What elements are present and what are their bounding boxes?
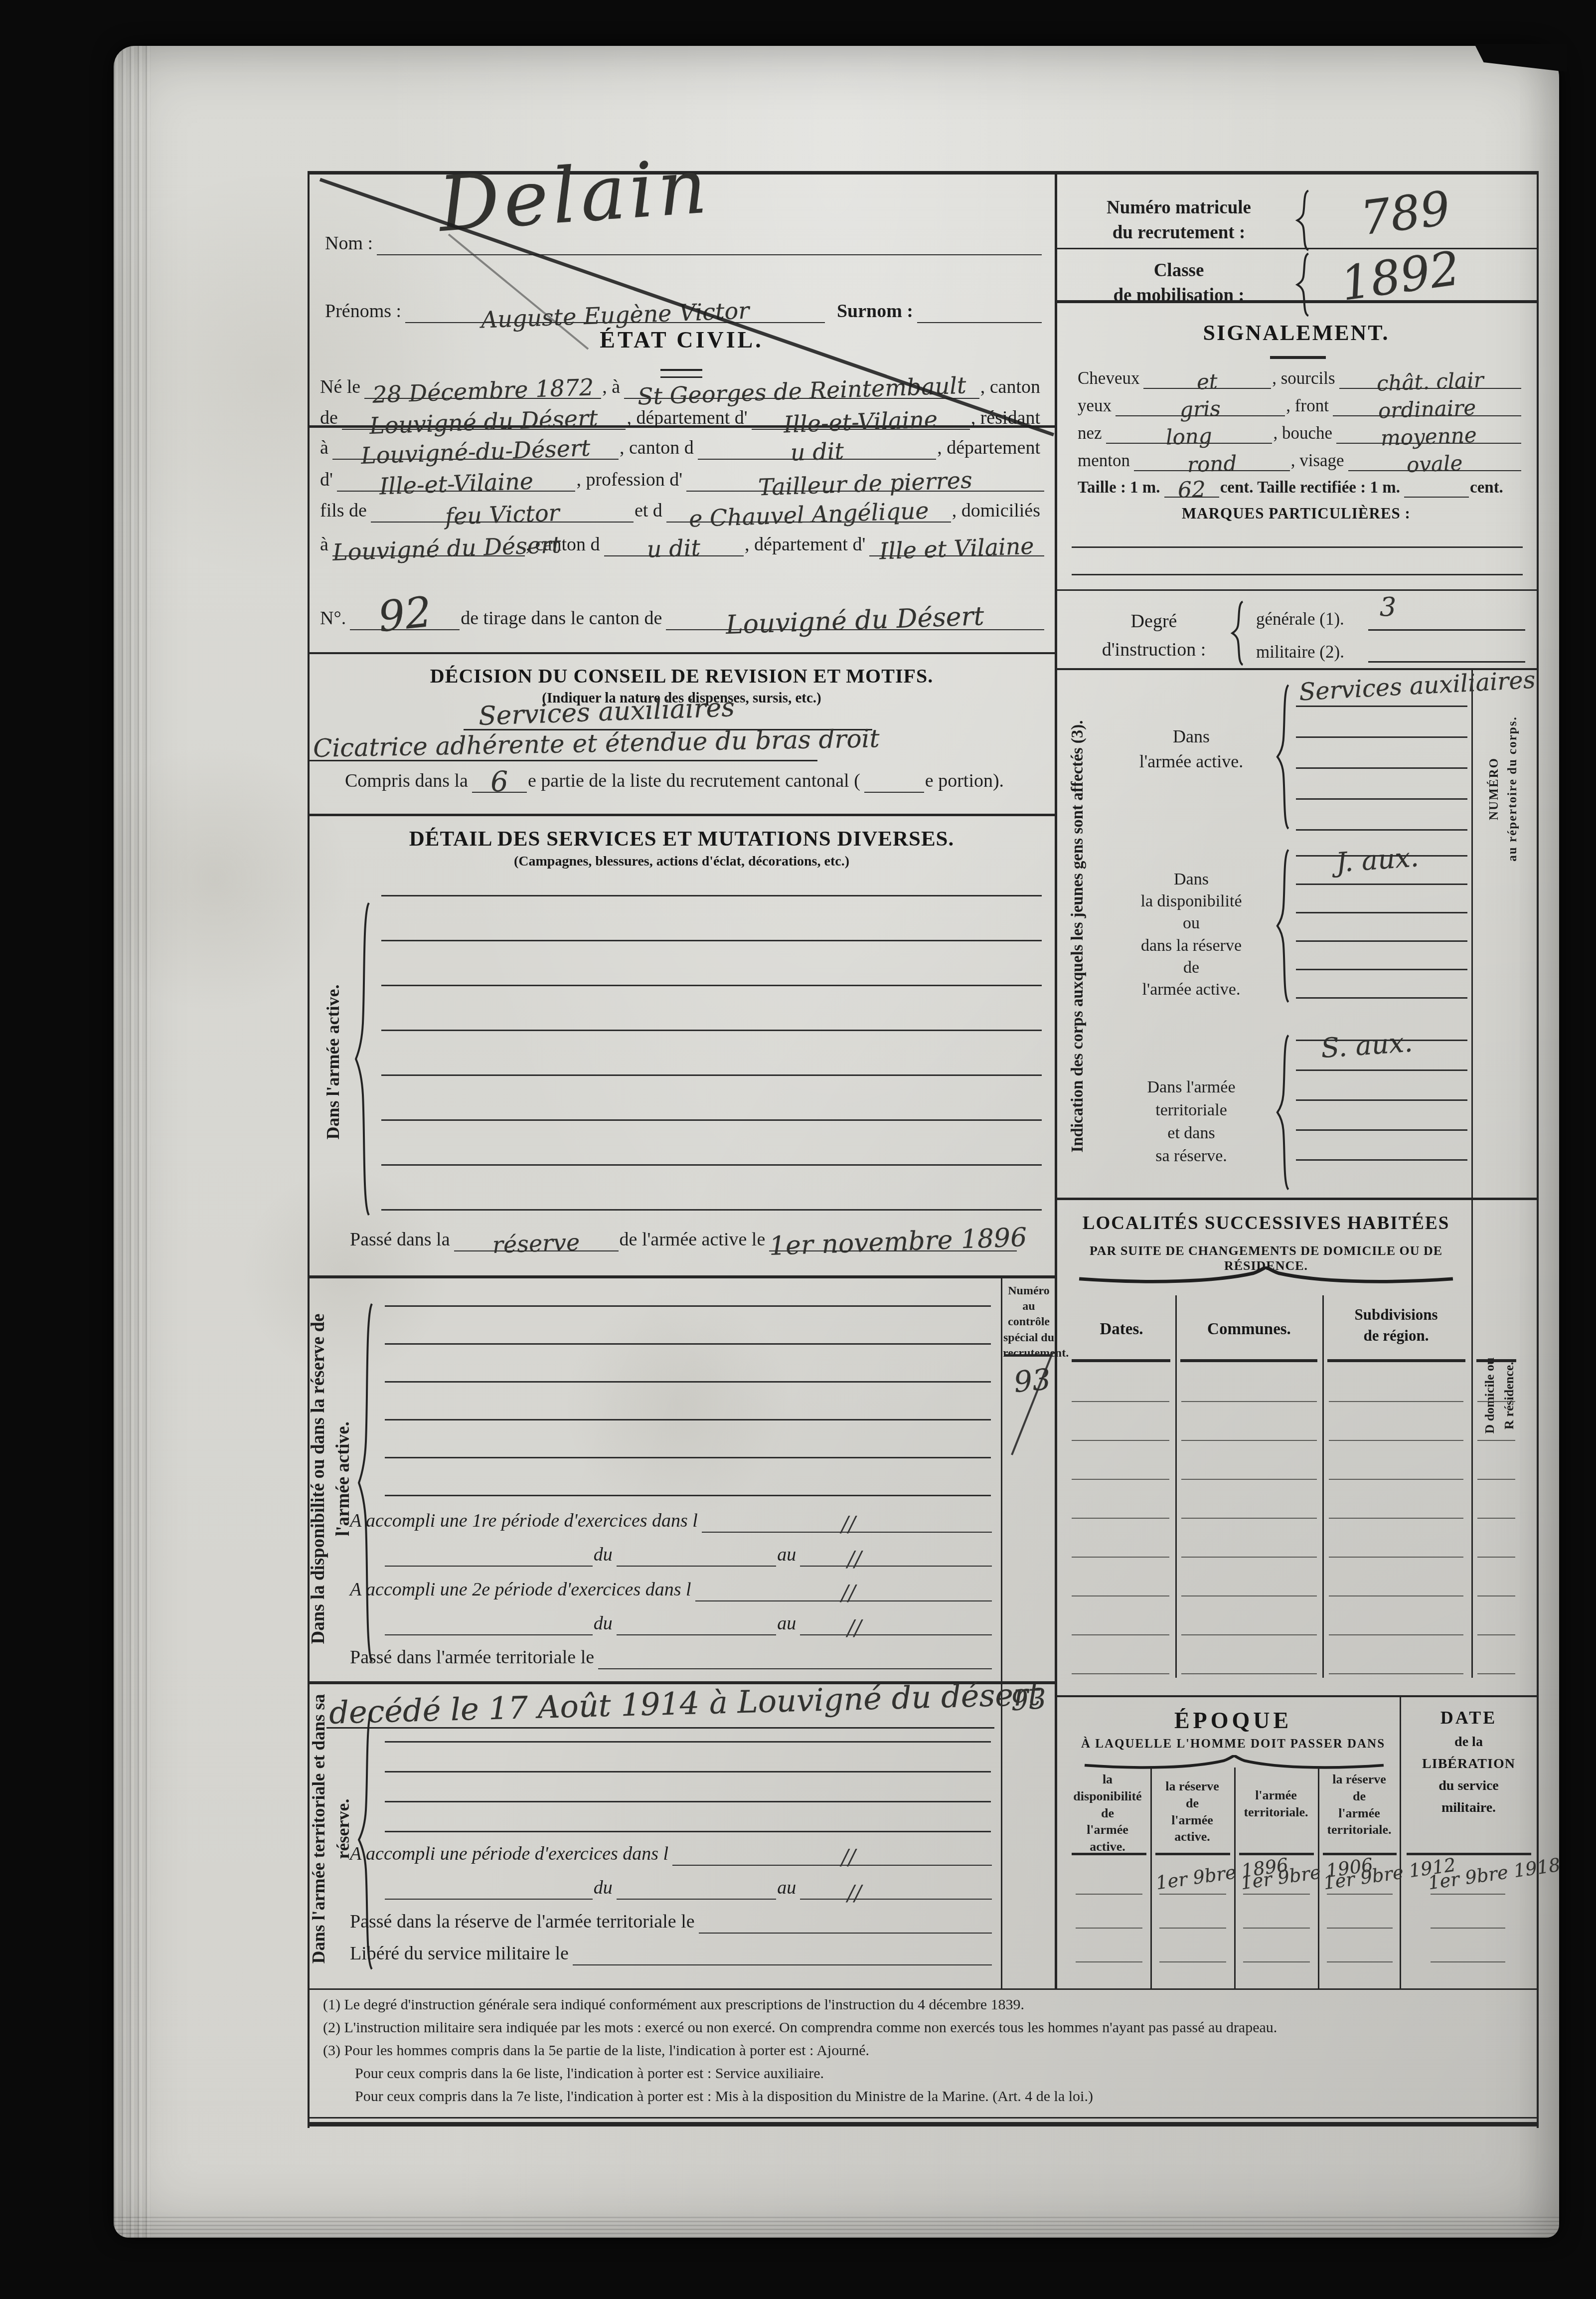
degre-generale-value: 3 bbox=[1380, 594, 1396, 620]
epoque-row-lines-c5 bbox=[1431, 1894, 1505, 1963]
au-label: au bbox=[776, 1878, 800, 1900]
libere-label: Libéré du service militaire le bbox=[349, 1944, 573, 1965]
du-label: du bbox=[593, 1545, 617, 1567]
corps-g3-brace bbox=[1274, 1032, 1291, 1193]
periode-terr-au-field bbox=[800, 1899, 992, 1900]
localites-rows-dates bbox=[1072, 1401, 1169, 1675]
libere-row: Libéré du service militaire le bbox=[349, 1935, 992, 1965]
localites-swash bbox=[1077, 1266, 1455, 1283]
localites-header-rule-2 bbox=[1180, 1359, 1317, 1362]
field-label: , département d' bbox=[744, 534, 869, 556]
periode1-du-field bbox=[617, 1566, 777, 1567]
rule-signalement-bottom bbox=[1056, 589, 1537, 591]
sig-row-cheveux: Cheveux et , sourcils chât. clair bbox=[1077, 360, 1521, 389]
epoque-header-rule-2 bbox=[1155, 1853, 1230, 1855]
field-label: de bbox=[319, 408, 342, 430]
passe-a: Passé dans la bbox=[349, 1230, 454, 1251]
birth-date-field: 28 Décembre 1872 bbox=[364, 375, 601, 399]
passe-territoriale-field bbox=[598, 1668, 992, 1669]
epoque-subtitle: À LAQUELLE L'HOMME DOIT PASSER DANS bbox=[1067, 1737, 1400, 1751]
cent-label: cent. bbox=[1469, 479, 1507, 498]
nom-field bbox=[377, 254, 1042, 255]
field-label: , département bbox=[936, 438, 1044, 460]
detail-blank-lines bbox=[381, 895, 1042, 1214]
disponibilite-side-label: Dans la disponibilité ou dans la réserve… bbox=[304, 1294, 358, 1663]
ditto-mark: // bbox=[847, 1615, 861, 1640]
periode2-dates-row: du au bbox=[385, 1603, 992, 1635]
field-label: à bbox=[319, 438, 332, 460]
visage-field: ovale bbox=[1348, 449, 1521, 471]
au-label: au bbox=[776, 1613, 800, 1635]
rule-decision-bottom bbox=[308, 814, 1056, 816]
localites-rows-subdivisions bbox=[1329, 1401, 1463, 1675]
residence-canton-field: u dit bbox=[698, 436, 936, 460]
field-label: , profession d' bbox=[575, 470, 686, 492]
footnote-3: (3) Pour les hommes compris dans la 5e p… bbox=[323, 2042, 869, 2059]
menton-field: rond bbox=[1134, 449, 1290, 471]
passe-date-field: 1er novembre 1896 bbox=[769, 1225, 1017, 1251]
compris-partie-value: 6 bbox=[490, 768, 509, 796]
etat-row-parents: fils de feu Victor et d e Chauvel Angéli… bbox=[319, 491, 1044, 523]
epoque-row-lines-c4 bbox=[1327, 1894, 1393, 1963]
ditto-mark: // bbox=[847, 1547, 861, 1571]
epoque-header-rule-3 bbox=[1239, 1853, 1314, 1855]
epoque-date-l2: de la bbox=[1401, 1734, 1537, 1750]
deces-note-line bbox=[326, 1727, 994, 1729]
armee-active-brace bbox=[352, 896, 372, 1222]
domicile-canton-value: u dit bbox=[647, 536, 701, 561]
detail-title: DÉTAIL DES SERVICES ET MUTATIONS DIVERSE… bbox=[308, 827, 1056, 851]
surnom-field bbox=[917, 322, 1042, 323]
taille-label: Taille : 1 m. bbox=[1077, 479, 1164, 498]
detail-subtitle: (Campagnes, blessures, actions d'éclat, … bbox=[308, 854, 1056, 870]
taille-value: 62 bbox=[1177, 479, 1206, 502]
surnom-label: Surnom : bbox=[825, 301, 917, 323]
periode1-dates-row: du au bbox=[385, 1535, 992, 1567]
corps-g2-brace bbox=[1274, 847, 1291, 1005]
periode2-label: A accompli une 2e période d'exercices da… bbox=[349, 1580, 695, 1601]
sig-row-yeux: yeux gris , front ordinaire bbox=[1077, 387, 1521, 416]
armee-active-side-label: Dans l'armée active. bbox=[320, 937, 345, 1187]
divider-center bbox=[1055, 171, 1057, 1988]
field-label: , domiciliés bbox=[951, 501, 1044, 523]
etat-civil-title: ÉTAT CIVIL. bbox=[308, 327, 1056, 353]
nez-label: nez bbox=[1077, 424, 1106, 444]
rule-footnotes-top bbox=[308, 1988, 1539, 1990]
localites-col-subdivisions: Subdivisions de région. bbox=[1329, 1304, 1463, 1346]
ditto-mark: // bbox=[841, 1845, 855, 1869]
periode2-au-field bbox=[800, 1634, 992, 1635]
localites-divider-2 bbox=[1322, 1295, 1324, 1678]
au-label: au bbox=[776, 1545, 800, 1567]
field-label: d' bbox=[319, 470, 337, 492]
tirage-row: N°. 92 de tirage dans le canton de Louvi… bbox=[319, 589, 1044, 630]
marques-blank-lines bbox=[1072, 546, 1523, 576]
epoque-row-lines-c1 bbox=[1076, 1894, 1142, 1963]
passe-b: de l'armée active le bbox=[619, 1230, 770, 1251]
corps-g1-lines bbox=[1296, 706, 1467, 830]
periode-terr-du-field bbox=[617, 1899, 777, 1900]
localites-header-rule-1 bbox=[1072, 1359, 1170, 1362]
tirage-no-label: N°. bbox=[319, 608, 350, 630]
prenoms-row: Prénoms : Auguste Eugène Victor Surnom : bbox=[324, 291, 1042, 323]
compris-c: e portion). bbox=[924, 771, 1008, 793]
passe-reserve-terr-row: Passé dans la réserve de l'armée territo… bbox=[349, 1903, 992, 1934]
footnote-1: (1) Le degré d'instruction générale sera… bbox=[323, 1996, 1024, 2013]
localites-header-rule-3 bbox=[1327, 1359, 1465, 1362]
nom-value: Delain bbox=[436, 148, 713, 243]
degre-militaire-label: militaire (2). bbox=[1256, 642, 1344, 662]
ditto-mark: // bbox=[847, 1881, 861, 1905]
du-label: du bbox=[593, 1878, 617, 1900]
epoque-divider-1 bbox=[1150, 1768, 1152, 1988]
bouche-label: , bouche bbox=[1272, 424, 1336, 444]
etat-row-domicile: à Louvigné du Désert , canton d u dit , … bbox=[319, 525, 1044, 556]
visage-label: , visage bbox=[1290, 451, 1348, 472]
epoque-header-rule-4 bbox=[1323, 1853, 1397, 1855]
etat-row-residence: à Louvigné-du-Désert , canton d u dit , … bbox=[319, 428, 1044, 460]
rule-detail-bottom bbox=[308, 1275, 1056, 1278]
divider-controle bbox=[1001, 1275, 1002, 1988]
ditto-mark: // bbox=[841, 1581, 855, 1605]
compris-b: e partie de la liste du recrutement cant… bbox=[527, 771, 864, 793]
epoque-date-l3: LIBÉRATION bbox=[1401, 1756, 1537, 1772]
rule-bottom-thick bbox=[308, 2122, 1539, 2126]
periode-terr-dates-row: du au bbox=[385, 1869, 992, 1900]
periode-terr-corps-field bbox=[385, 1899, 593, 1900]
taille-rect-field bbox=[1404, 497, 1469, 498]
epoque-title: ÉPOQUE bbox=[1067, 1707, 1400, 1734]
rule-classe bbox=[1056, 300, 1537, 303]
degre-label: Degré d'instruction : bbox=[1082, 607, 1226, 664]
field-label: fils de bbox=[319, 501, 371, 523]
epoque-row-lines-c2 bbox=[1159, 1894, 1226, 1963]
localites-title: LOCALITÉS SUCCESSIVES HABITÉES bbox=[1062, 1213, 1470, 1234]
periode-terr-label: A accompli une période d'exercices dans … bbox=[349, 1844, 672, 1866]
epoque-date-l1: DATE bbox=[1401, 1707, 1537, 1728]
birth-place-field: St Georges de Reintembault bbox=[624, 375, 979, 399]
register-scan: Nom : Delain Prénoms : Auguste Eugène Vi… bbox=[0, 0, 1596, 2299]
sig-row-taille: Taille : 1 m. 62 cent. Taille rectifiée … bbox=[1077, 469, 1521, 498]
matricule-value: 789 bbox=[1358, 185, 1453, 242]
localites-divider-1 bbox=[1175, 1295, 1177, 1678]
sig-row-menton: menton rond , visage ovale bbox=[1077, 442, 1521, 471]
footnote-2: (2) L'instruction militaire sera indiqué… bbox=[323, 2019, 1277, 2036]
pere-field: feu Victor bbox=[371, 499, 634, 523]
controle-header: Numéro au contrôle spécial du recrutemen… bbox=[1003, 1283, 1055, 1361]
front-field: ordinaire bbox=[1333, 394, 1521, 416]
compris-row: Compris dans la 6 e partie de la liste d… bbox=[344, 760, 1012, 793]
periode-terr-field bbox=[672, 1865, 992, 1866]
etat-row-profession: d' Ille-et-Vilaine , profession d' Taill… bbox=[319, 460, 1044, 492]
front-label: , front bbox=[1285, 396, 1333, 417]
epoque-date-l5: militaire. bbox=[1401, 1800, 1537, 1816]
profession-field: Tailleur de pierres bbox=[686, 468, 1044, 492]
compris-partie-field: 6 bbox=[472, 764, 527, 793]
menton-label: menton bbox=[1077, 451, 1134, 472]
mere-field: e Chauvel Angélique bbox=[666, 499, 951, 523]
tirage-canton-field: Louvigné du Désert bbox=[666, 603, 1044, 630]
taille-rect-label: cent. Taille rectifiée : 1 m. bbox=[1219, 479, 1404, 498]
epoque-row-lines-c3 bbox=[1243, 1894, 1310, 1963]
epoque-header-rule-5 bbox=[1407, 1853, 1531, 1855]
field-label: Né le bbox=[319, 377, 364, 399]
sourcils-field: chât. clair bbox=[1339, 367, 1521, 389]
corps-g2-label: Dans la disponibilité ou dans la réserve… bbox=[1114, 869, 1269, 1001]
compris-a: Compris dans la bbox=[344, 771, 472, 793]
nez-field: long bbox=[1106, 422, 1273, 444]
border-right bbox=[1537, 171, 1539, 2128]
residence-field: Louvigné-du-Désert bbox=[332, 436, 619, 460]
disponibilite-blank-lines bbox=[385, 1305, 991, 1500]
matricule-label: Numéro matricule du recrutement : bbox=[1072, 195, 1286, 245]
periode-terr-row: A accompli une période d'exercices dans … bbox=[349, 1835, 992, 1866]
prenoms-field: Auguste Eugène Victor bbox=[405, 299, 825, 323]
periode2-du-field bbox=[617, 1634, 777, 1635]
compris-portion-field bbox=[864, 792, 924, 793]
domicile-dept-value: Ille et Vilaine bbox=[879, 534, 1035, 563]
field-label: , canton bbox=[979, 377, 1044, 399]
passe-corps-value: réserve bbox=[492, 1231, 580, 1256]
field-label: , résidant bbox=[970, 408, 1044, 430]
tirage-no-value: 92 bbox=[376, 591, 434, 638]
signalement-ornament bbox=[1270, 356, 1326, 359]
domicile-canton-field: u dit bbox=[604, 532, 744, 556]
numero-repertoire-label: NUMÉRO au répertoire du corps. bbox=[1482, 682, 1524, 896]
tirage-no-field: 92 bbox=[350, 587, 460, 630]
passe-reserve-terr-label: Passé dans la réserve de l'armée territo… bbox=[349, 1912, 699, 1934]
epoque-header-rule-1 bbox=[1072, 1853, 1146, 1855]
epoque-col4-header: la réserve de l'armée territoriale. bbox=[1320, 1771, 1399, 1838]
canton-field: Louvigné du Désert bbox=[342, 406, 626, 430]
yeux-label: yeux bbox=[1077, 396, 1116, 417]
departement-field: Ille-et-Vilaine bbox=[752, 406, 970, 430]
epoque-col3-header: l'armée territoriale. bbox=[1236, 1787, 1316, 1821]
periode1-corps-field bbox=[385, 1566, 593, 1567]
matricule-brace bbox=[1294, 189, 1311, 251]
prenoms-label: Prénoms : bbox=[324, 301, 405, 323]
rule-matricule bbox=[1056, 248, 1537, 249]
passe-territoriale-label: Passé dans l'armée territoriale le bbox=[349, 1647, 598, 1669]
periode2-corps-field bbox=[385, 1634, 593, 1635]
localites-rows-dr bbox=[1477, 1401, 1515, 1675]
rule-bottom-thin bbox=[308, 2117, 1539, 2119]
bouche-field: moyenne bbox=[1336, 422, 1521, 444]
pere-value: feu Victor bbox=[445, 501, 560, 528]
domicile-field: Louvigné du Désert bbox=[332, 532, 525, 556]
epoque-swash bbox=[1083, 1755, 1386, 1769]
corps-g3-lines bbox=[1296, 1040, 1467, 1160]
degre-generale-label: générale (1). bbox=[1256, 609, 1344, 629]
localites-col-communes: Communes. bbox=[1181, 1320, 1317, 1339]
passe-territoriale-row: Passé dans l'armée territoriale le bbox=[349, 1637, 992, 1669]
field-label: , à bbox=[601, 377, 624, 399]
localites-col-dates: Dates. bbox=[1072, 1320, 1171, 1339]
degre-militaire-line bbox=[1368, 661, 1525, 663]
domicile-dept-field: Ille et Vilaine bbox=[869, 532, 1044, 556]
periode2-row: A accompli une 2e période d'exercices da… bbox=[349, 1570, 992, 1601]
tirage-text: de tirage dans le canton de bbox=[460, 608, 666, 630]
periode1-au-field bbox=[800, 1566, 992, 1567]
periode1-label: A accompli une 1re période d'exercices d… bbox=[349, 1511, 702, 1533]
localites-rows-communes bbox=[1181, 1401, 1317, 1675]
rule-tirage bbox=[308, 652, 1056, 654]
rule-epoque-top bbox=[1056, 1695, 1537, 1697]
field-label: à bbox=[319, 534, 332, 556]
sourcils-label: , sourcils bbox=[1271, 369, 1339, 389]
classe-brace bbox=[1294, 252, 1311, 317]
nom-label: Nom : bbox=[324, 233, 377, 255]
divider-numero-col bbox=[1471, 670, 1473, 1678]
passe-reserve-terr-field bbox=[699, 1933, 992, 1934]
degre-brace bbox=[1229, 600, 1245, 666]
residence-dept-field: Ille-et-Vilaine bbox=[337, 468, 576, 492]
degre-generale-line bbox=[1368, 629, 1525, 631]
corps-g2-lines bbox=[1296, 855, 1467, 999]
decision-title: DÉCISION DU CONSEIL DE REVISION ET MOTIF… bbox=[308, 664, 1056, 688]
territoriale-blank-lines bbox=[385, 1741, 991, 1836]
field-label: , département d' bbox=[626, 408, 751, 430]
field-label: et d bbox=[634, 501, 666, 523]
controle-value-1: 93 bbox=[1013, 1365, 1052, 1397]
etat-row-canton: de Louvigné du Désert , département d' I… bbox=[319, 398, 1044, 430]
footnote-5: Pour ceux compris dans la 7e liste, l'in… bbox=[355, 2088, 1093, 2105]
epoque-date-l4: du service bbox=[1401, 1778, 1537, 1794]
periode1-row: A accompli une 1re période d'exercices d… bbox=[349, 1501, 992, 1533]
controle-header-rule bbox=[1005, 1354, 1053, 1357]
marques-title: MARQUES PARTICULIÈRES : bbox=[1056, 505, 1537, 523]
passe-reserve-row: Passé dans la réserve de l'armée active … bbox=[349, 1219, 1017, 1251]
corps-g1-label: Dans l'armée active. bbox=[1114, 724, 1269, 774]
field-label: , canton d bbox=[619, 438, 698, 460]
taille-field: 62 bbox=[1164, 475, 1219, 498]
libere-field bbox=[573, 1964, 992, 1965]
signalement-title: SIGNALEMENT. bbox=[1056, 320, 1537, 346]
epoque-col1-header: la disponibilité de l'armée active. bbox=[1068, 1771, 1147, 1855]
disponibilite-brace bbox=[355, 1296, 375, 1669]
passe-corps-field: réserve bbox=[454, 1228, 619, 1251]
yeux-field: gris bbox=[1116, 394, 1285, 416]
corps-side-label: Indication des corps auxquels les jeunes… bbox=[1066, 675, 1090, 1198]
localites-header-rule-4 bbox=[1476, 1359, 1516, 1362]
corps-g3-label: Dans l'armée territoriale et dans sa rés… bbox=[1114, 1076, 1269, 1168]
footnote-4: Pour ceux compris dans la 6e liste, l'in… bbox=[355, 2065, 824, 2082]
etat-row-naissance: Né le 28 Décembre 1872 , à St Georges de… bbox=[319, 367, 1044, 399]
epoque-col2-header: la réserve de l'armée active. bbox=[1152, 1778, 1232, 1845]
cheveux-label: Cheveux bbox=[1077, 369, 1143, 389]
corps-g1-brace bbox=[1274, 682, 1291, 832]
ditto-mark: // bbox=[841, 1512, 855, 1536]
cheveux-field: et bbox=[1143, 367, 1271, 389]
du-label: du bbox=[593, 1613, 617, 1635]
sig-row-nez: nez long , bouche moyenne bbox=[1077, 415, 1521, 444]
rule-corps-bottom bbox=[1056, 1198, 1537, 1200]
